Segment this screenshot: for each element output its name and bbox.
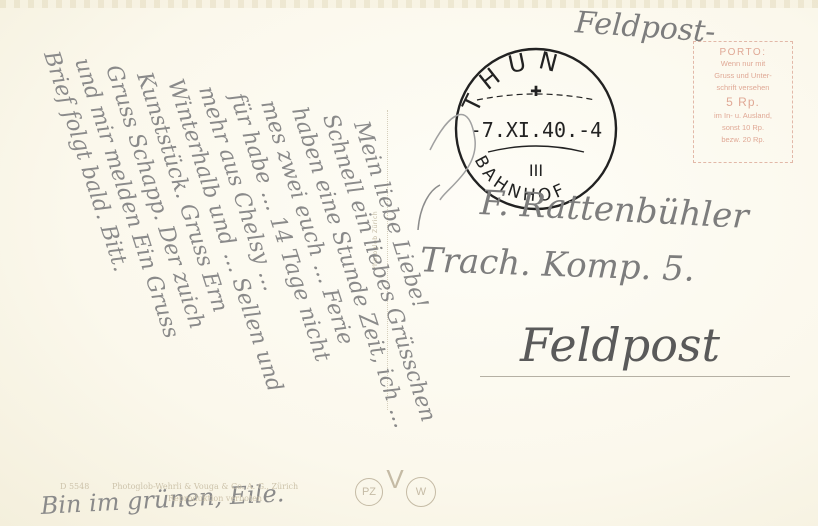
svg-text:THUN: THUN [457,46,571,117]
svg-text:III: III [529,161,543,180]
publisher-logo-pz: PZ [355,478,383,506]
svg-text:-7.XI.40.-4: -7.XI.40.-4 [470,118,602,142]
postmark-town: THUN [457,46,571,117]
publisher-logo-v: V [384,466,406,492]
catalog-number: D 5548 [60,482,89,491]
publisher-logo-w: W [406,477,436,507]
publisher-line: Photoglob-Wehrli & Vouga & Co. A. G., Zü… [112,482,298,491]
postmark: THUN BAHNHOF ✚ -7.XI.40.-4 III [456,46,616,209]
svg-text:✚: ✚ [530,84,542,100]
reproduction-notice: Reproduktion verboten [168,494,262,503]
address-underline [480,376,790,377]
postcard-back: Photoglob Zürich PORTO: Wenn nur mit Gru… [0,0,818,526]
address-service: Feldpost [520,318,720,372]
